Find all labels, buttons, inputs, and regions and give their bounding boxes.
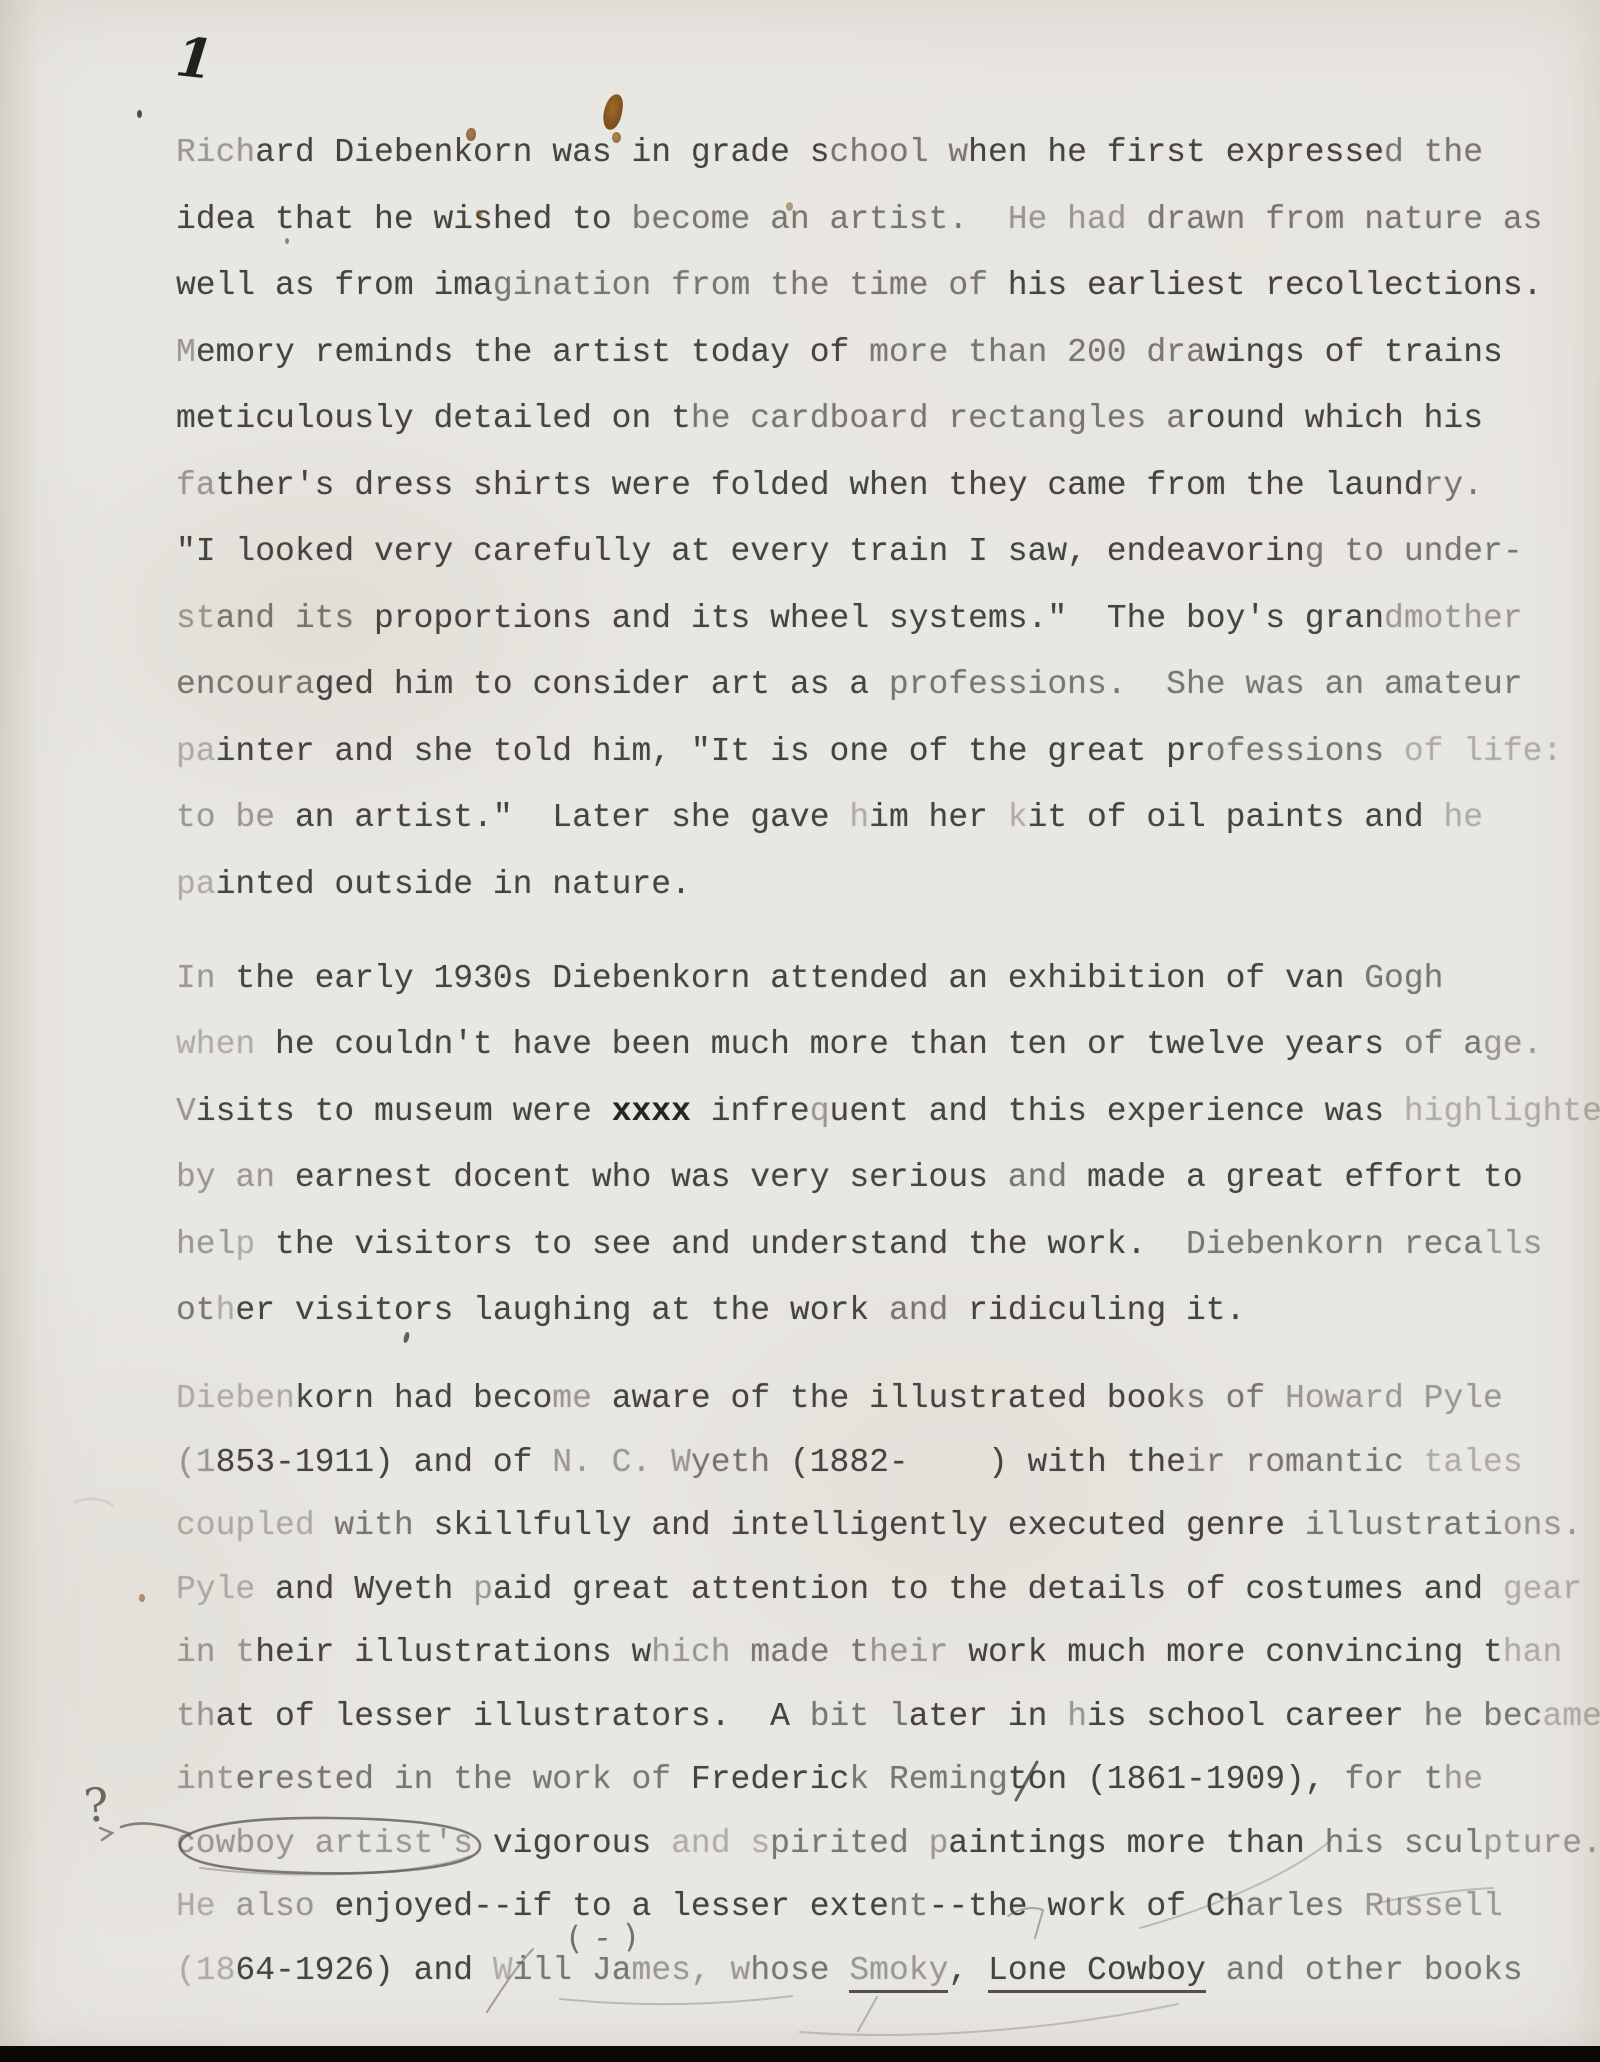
typed-line: cowboy artist's vigorous and spirited pa… [176,1812,1600,1876]
typed-line: interested in the work of Frederick Remi… [176,1748,1600,1812]
typed-line: to be an artist." Later she gave him her… [176,785,1562,852]
handwritten-page-number: 1 [173,24,217,92]
rust-stain [612,132,621,143]
pencil-paren-dash-annotation: ( - ) [567,1917,640,1957]
scanner-edge-bar [0,2046,1600,2062]
typed-line: by an earnest docent who was very seriou… [176,1145,1600,1211]
typed-line: in their illustrations which made their … [176,1621,1600,1685]
pencil-scribble [858,1997,877,2031]
rust-stain [476,210,482,218]
typed-line: painter and she told him, "It is one of … [176,719,1562,786]
rust-stain [466,128,476,141]
typed-paragraph-1: Richard Diebenkorn was in grade school w… [176,120,1562,918]
typed-line: idea that he wished to become an artist.… [176,187,1562,254]
margin-question-mark: ? [82,1777,111,1833]
typed-line: when he couldn't have been much more tha… [176,1012,1600,1078]
typed-line: He also enjoyed--if to a lesser extent--… [176,1875,1600,1939]
typed-line: coupled with skillfully and intelligentl… [176,1494,1600,1558]
typed-line: father's dress shirts were folded when t… [176,453,1562,520]
typed-line: In the early 1930s Diebenkorn attended a… [176,946,1600,1012]
typed-line: help the visitors to see and understand … [176,1212,1600,1278]
pencil-smudge [75,1499,113,1506]
typescript-page: 1 Richard Diebenkorn was in grade school… [0,0,1600,2062]
rust-stain [139,1594,145,1602]
typed-line: Memory reminds the artist today of more … [176,320,1562,387]
typed-line: encouraged him to consider art as a prof… [176,652,1562,719]
typed-line: Richard Diebenkorn was in grade school w… [176,120,1562,187]
pencil-scribble [800,2004,1178,2035]
typed-paragraph-3: Diebenkorn had become aware of the illus… [176,1367,1600,2002]
typed-line: Pyle and Wyeth paid great attention to t… [176,1558,1600,1622]
ink-speck [285,238,289,244]
typed-line: stand its proportions and its wheel syst… [176,586,1562,653]
typed-line: meticulously detailed on the cardboard r… [176,386,1562,453]
typed-line: (1864-1926) and Will James, whose Smoky,… [176,1939,1600,2003]
typed-line: well as from imagination from the time o… [176,253,1562,320]
typed-line: Diebenkorn had become aware of the illus… [176,1367,1600,1431]
typed-line: "I looked very carefully at every train … [176,519,1562,586]
typed-line: Visits to museum were xxxx infrequent an… [176,1079,1600,1145]
typed-line: that of lesser illustrators. A bit later… [176,1685,1600,1749]
rust-stain [786,202,793,211]
ink-speck [137,110,142,118]
typed-line: painted outside in nature. [176,852,1562,919]
typed-line: other visitors laughing at the work and … [176,1278,1600,1344]
typed-line: (1853-1911) and of N. C. Wyeth (1882- ) … [176,1431,1600,1495]
typed-paragraph-2: In the early 1930s Diebenkorn attended a… [176,946,1600,1344]
